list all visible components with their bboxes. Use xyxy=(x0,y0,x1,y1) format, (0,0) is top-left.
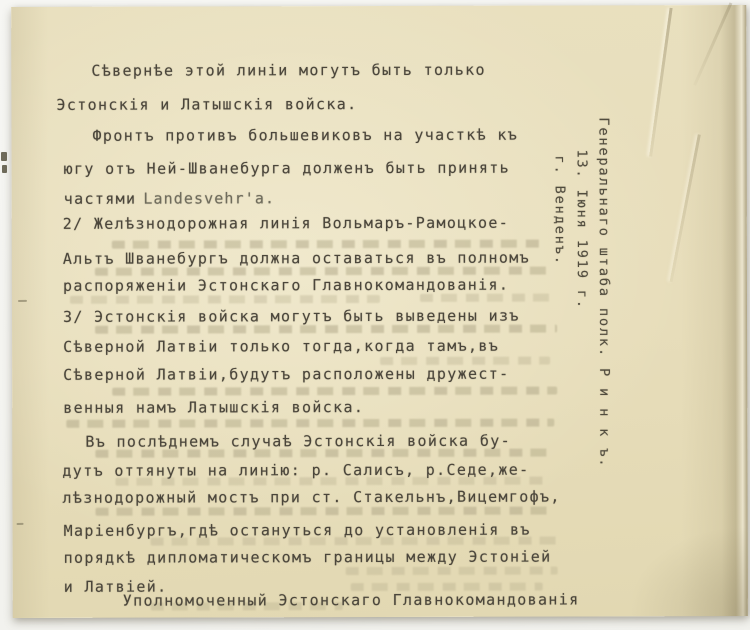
margin-dash-mark xyxy=(18,300,27,302)
document-line: лѣзнодорожный мостъ при ст. Стакельнъ,Ви… xyxy=(62,488,560,507)
document-line: 2/ Желѣзнодорожная линія Вольмаръ-Рамоцк… xyxy=(63,214,509,233)
document-line: частямиLandesvehr'a. xyxy=(64,189,275,208)
bleed-through-line xyxy=(420,294,550,302)
paper-corner-shadow xyxy=(628,526,748,616)
bleed-through-line xyxy=(112,387,557,396)
document-line-cyrillic: частями xyxy=(64,190,137,208)
document-line: Альтъ Шванебургъ должна оставаться въ по… xyxy=(63,249,530,268)
sidebar-date-line: 13. Іюня 1919 г. xyxy=(573,149,591,309)
sidebar-place-line: г. Венденъ. xyxy=(551,156,569,266)
bleed-through-line xyxy=(70,295,380,304)
bleed-through-line xyxy=(96,507,554,516)
document-paper: Сѣвернѣе этой линіи могутъ быть только Э… xyxy=(11,5,748,618)
document-line: распоряженіи Эстонскаго Главнокомандован… xyxy=(63,276,509,295)
bleed-through-line xyxy=(112,240,544,249)
document-line: дутъ оттянуты на линію: р. Салисъ, р.Сед… xyxy=(62,461,529,480)
bleed-through-line xyxy=(380,357,550,365)
document-line: порядкѣ дипломатическомъ границы между Э… xyxy=(64,548,552,567)
document-line: венныя намъ Латышскія войска. xyxy=(63,398,364,417)
document-line: Фронтъ противъ большевиковъ на участкѣ к… xyxy=(93,126,519,145)
landeswehr-latin-term: Landesvehr'a. xyxy=(143,189,275,207)
paper-crease xyxy=(649,8,672,157)
document-line: Сѣверной Латвіи,будутъ расположены друже… xyxy=(63,365,509,384)
scan-edge-mark xyxy=(1,152,7,161)
bleed-through-line xyxy=(95,267,555,276)
document-line: Маріенбургъ,гдѣ остануться до установлен… xyxy=(64,521,531,540)
signature-line: Уполномоченный Эстонскаго Главнокомандов… xyxy=(123,590,580,609)
paper-crease xyxy=(670,134,701,282)
paper-right-fold xyxy=(720,5,748,616)
document-line: Въ послѣднемъ случаѣ Эстонскія войска бу… xyxy=(85,432,511,451)
margin-dash-mark xyxy=(17,523,24,525)
document-line: Сѣвернѣе этой линіи могутъ быть только xyxy=(91,61,486,80)
bleed-through-line xyxy=(95,325,557,334)
sidebar-unit-line: Генеральнаго штаба полк. Р и н к ъ. xyxy=(594,117,613,468)
document-line: Сѣверной Латвіи только тогда,когда тамъ,… xyxy=(63,337,499,356)
bleed-through-line xyxy=(346,567,558,576)
scan-edge-mark xyxy=(2,165,7,173)
bleed-through-line xyxy=(66,419,554,428)
document-line: 3/ Эстонскія войска могутъ быть выведены… xyxy=(63,307,520,326)
document-line: Эстонскія и Латышскія войска. xyxy=(56,95,357,114)
document-line: югу отъ Ней-Шванебурга долженъ быть прин… xyxy=(64,159,510,178)
